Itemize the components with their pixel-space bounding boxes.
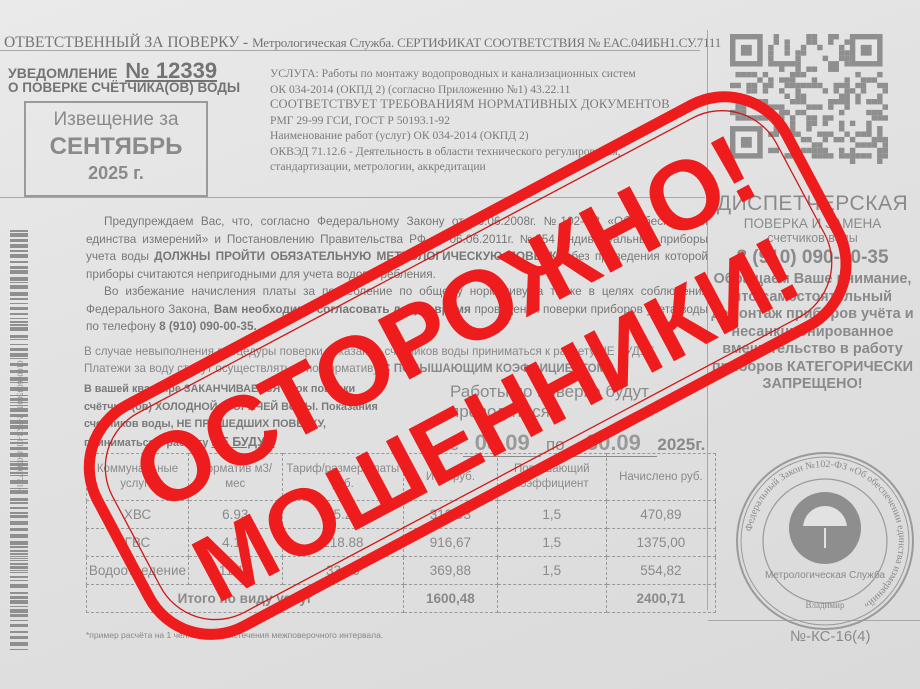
service-line: РМГ 29-99 ГСИ, ГОСТ Р 50193.1-92 bbox=[270, 113, 710, 129]
dispatcher-phone: 8 (910) 090-00-35 bbox=[705, 247, 920, 269]
dates-title: Работы по поверке будут проводиться: bbox=[450, 382, 715, 422]
column-header: Начислено руб. bbox=[606, 454, 715, 501]
phone-number: 8 (910) 090-00-35. bbox=[159, 319, 257, 333]
total-label: Итого по виду услуг bbox=[87, 585, 404, 613]
divider bbox=[0, 197, 705, 198]
column-header: Коммунальные услуги bbox=[87, 454, 189, 501]
text-underlined: НЕ БУДУТ. bbox=[211, 435, 274, 449]
legal-paragraph-1: Предупреждаем Вас, что, согласно Федерал… bbox=[86, 213, 708, 283]
month-box: Извещение за СЕНТЯБРЬ 2025 г. bbox=[24, 101, 208, 197]
divider bbox=[0, 50, 700, 51]
barcode-number: 0100660450031 2-FKR-0118-058677 1-1 bbox=[16, 288, 25, 568]
metrology-seal-icon: Федеральный Закон №102-ФЗ «Об обеспечени… bbox=[732, 448, 918, 634]
month-box-label: Извещение за bbox=[26, 109, 206, 131]
to-label: по bbox=[546, 435, 565, 454]
service-line: СООТВЕТСТВУЕТ ТРЕБОВАНИЯМ НОРМАТИВНЫХ ДО… bbox=[270, 97, 710, 113]
seal-inner-text: Метрологическая Служба bbox=[765, 569, 885, 581]
legal-paragraph-2: Во избежание начисления платы за потребл… bbox=[86, 283, 708, 336]
notice-label: УВЕДОМЛЕНИЕ bbox=[8, 65, 117, 81]
total-sum: 1600,48 bbox=[404, 585, 498, 613]
cell: 6.93 bbox=[188, 501, 282, 529]
table-row: Водоотведение11.1233.26369,881,5554,82 bbox=[87, 557, 716, 585]
cell: 1,5 bbox=[497, 557, 606, 585]
cell: 45.25 bbox=[282, 501, 404, 529]
cell: 1,5 bbox=[497, 529, 606, 557]
cell: 470,89 bbox=[606, 501, 715, 529]
dispatcher-subtitle2: счетчиков воды bbox=[705, 231, 920, 245]
service-line: ОК 034-2014 (ОКПД 2) (согласно Приложени… bbox=[270, 82, 710, 98]
cell: 1,5 bbox=[497, 501, 606, 529]
form-number: №-КС-16(4) bbox=[790, 628, 871, 645]
cell: 33.26 bbox=[282, 557, 404, 585]
cell: 313,93 bbox=[404, 501, 498, 529]
dispatcher-panel: ДИСПЕТЧЕРСКАЯ ПОВЕРКА И ЗАМЕНА счетчиков… bbox=[705, 192, 920, 394]
text-bold: Вам необходимо согласовать дату и время bbox=[214, 302, 471, 316]
service-line: Наименование работ (услуг) ОК 034-2014 (… bbox=[270, 128, 710, 144]
total-coef bbox=[497, 585, 606, 613]
month-box-month: СЕНТЯБРЬ bbox=[26, 133, 206, 161]
cell: 11.12 bbox=[188, 557, 282, 585]
total-charged: 2400,71 bbox=[606, 585, 715, 613]
consequence-text: В случае невыполнения процедуры поверки … bbox=[84, 343, 709, 377]
table-row: ГВС4.19218.88916,671,51375,00 bbox=[87, 529, 716, 557]
table-total-row: Итого по виду услуг 1600,48 2400,71 bbox=[87, 585, 716, 613]
service-line: стандартизации, метрологии, аккредитации bbox=[270, 159, 710, 175]
cell: ГВС bbox=[87, 529, 189, 557]
service-info: УСЛУГА: Работы по монтажу водопроводных … bbox=[270, 66, 710, 175]
dispatcher-title: ДИСПЕТЧЕРСКАЯ bbox=[705, 192, 920, 216]
cell: 916,67 bbox=[404, 529, 498, 557]
notice-subtitle: О ПОВЕРКЕ СЧЁТЧИКА(ОВ) ВОДЫ bbox=[8, 80, 240, 95]
column-header: Тариф/размер платы руб. bbox=[282, 454, 404, 501]
text-bold: ДОЛЖНЫ ПРОЙТИ ОБЯЗАТЕЛЬНУЮ МЕТРОЛОГИЧЕСК… bbox=[154, 249, 566, 263]
cell: ХВС bbox=[87, 501, 189, 529]
service-line: ОКВЭД 71.12.6 - Деятельность в области т… bbox=[270, 144, 710, 160]
cell: 554,82 bbox=[606, 557, 715, 585]
cell: 369,88 bbox=[404, 557, 498, 585]
text: Платежи за воду станут осуществляться по… bbox=[84, 362, 382, 375]
organization-cert: Метрологическая Служба. СЕРТИФИКАТ СООТВ… bbox=[252, 35, 721, 50]
column-header: Итог руб. bbox=[404, 454, 498, 501]
responsible-label: ОТВЕТСТВЕННЫЙ ЗА ПОВЕРКУ - bbox=[4, 34, 252, 51]
from-label: с bbox=[450, 435, 459, 454]
cell: Водоотведение bbox=[87, 557, 189, 585]
footnote: *пример расчёта на 1 чел. в случае истеч… bbox=[86, 630, 383, 640]
consequence-line: В случае невыполнения процедуры поверки … bbox=[84, 343, 709, 360]
verification-dates: Работы по поверке будут проводиться: с 0… bbox=[450, 382, 715, 457]
column-header: Норматив м3/мес bbox=[188, 454, 282, 501]
cell: 218.88 bbox=[282, 529, 404, 557]
cell: 4.19 bbox=[188, 529, 282, 557]
cell: 1375,00 bbox=[606, 529, 715, 557]
charges-table: Коммунальные услуги Норматив м3/мес Тари… bbox=[86, 453, 716, 613]
column-header: Повышающий коэффициент bbox=[497, 454, 606, 501]
expiry-notice: В вашей квартире ЗАКАНЧИВАЕТСЯ срок пове… bbox=[84, 381, 379, 452]
seal-city-text: Владимир bbox=[806, 600, 845, 610]
table-row: ХВС6.9345.25313,931,5470,89 bbox=[87, 501, 716, 529]
dispatcher-warning: Обращаем Ваше внимание, что самостоятель… bbox=[705, 271, 920, 394]
table-header-row: Коммунальные услуги Норматив м3/мес Тари… bbox=[87, 454, 716, 501]
consequence-line: Платежи за воду станут осуществляться по… bbox=[84, 360, 709, 377]
dispatcher-subtitle: ПОВЕРКА И ЗАМЕНА bbox=[705, 216, 920, 231]
legal-warning-text: Предупреждаем Вас, что, согласно Федерал… bbox=[86, 213, 708, 336]
month-box-year: 2025 г. bbox=[26, 163, 206, 184]
dates-year: 2025г. bbox=[657, 435, 705, 454]
text-bold: С ПОВЫШАЮЩИМ КОЭФФИЦИЕНТОМ. bbox=[382, 362, 609, 375]
qr-code-icon bbox=[730, 34, 888, 164]
service-line: УСЛУГА: Работы по монтажу водопроводных … bbox=[270, 66, 710, 82]
